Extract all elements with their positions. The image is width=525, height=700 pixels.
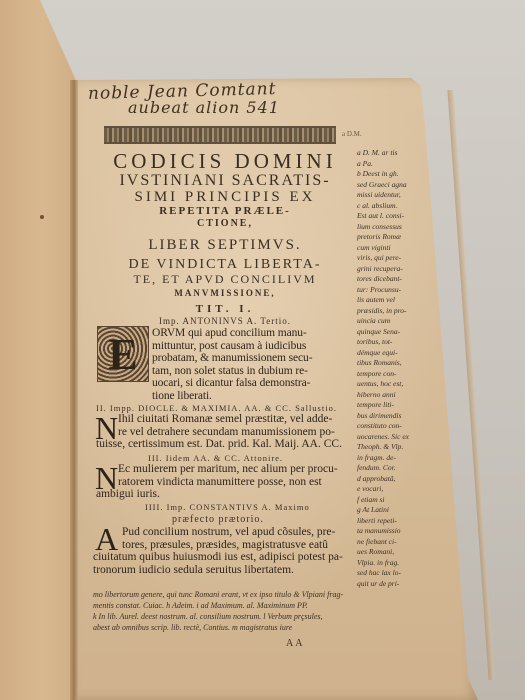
- margin-note: missi uidentur,: [357, 190, 419, 201]
- law-1-line: tione liberati.: [152, 390, 356, 403]
- paper-stain: [40, 215, 44, 219]
- section-heading: DE VINDICTA LIBERTA- TE, ET APVD CONCILI…: [98, 258, 352, 300]
- law-3-heading: III. Iidem AA. & CC. Attonire.: [148, 453, 283, 463]
- margin-note: tibus Romanis,: [357, 358, 419, 369]
- title-number: TIT. I.: [100, 303, 350, 315]
- title-line-1: CODICIS DOMINI: [100, 150, 350, 172]
- margin-note: Est aut l. consi-: [357, 211, 419, 222]
- title-line-4: REPETITA PRÆLE-: [100, 205, 350, 218]
- page-title: CODICIS DOMINI IVSTINIANI SACRATIS- SIMI…: [100, 150, 350, 230]
- law-4-initial: A: [95, 524, 118, 554]
- ornament-note: a D.M.: [342, 130, 362, 138]
- section-line-1: DE VINDICTA LIBERTA-: [98, 258, 352, 272]
- signature-mark: AA: [286, 638, 304, 649]
- margin-note: lis autem vel: [357, 295, 419, 306]
- section-line-2: TE, ET APVD CONCILIVM: [98, 272, 352, 286]
- law-4-heading: IIII. Imp. CONSTANTIVS A. Maximo: [145, 502, 310, 512]
- margin-note: constituto con-: [357, 421, 419, 432]
- footnotes: mo libertorum genere, qui tunc Romani er…: [93, 589, 413, 633]
- margin-note: lium consessus: [357, 222, 419, 233]
- margin-note: a D. M. ar tis: [357, 148, 419, 159]
- law-2-text: Ihil ciuitati Romanæ semel præstitæ, vel…: [118, 413, 358, 438]
- margin-note: ta manumissio: [357, 526, 419, 537]
- margin-note: viris, qui pere-: [357, 253, 419, 264]
- margin-note: Theoph. & Vlp.: [357, 442, 419, 453]
- margin-note: uincia cum: [357, 316, 419, 327]
- ornamental-headpiece-icon: [104, 126, 336, 144]
- left-page: [0, 0, 78, 700]
- law-2-line: Ihil ciuitati Romanæ semel præstitæ, vel…: [118, 413, 358, 426]
- margin-note: hiberno anni: [357, 390, 419, 401]
- margin-note: fendum. Cor.: [357, 463, 419, 474]
- margin-note: tempore con-: [357, 369, 419, 380]
- footnote-line: abest ab omnibus scrip. lib. rectè, Cont…: [93, 622, 413, 633]
- margin-note: grini recupera-: [357, 264, 419, 275]
- decorated-initial-icon: E: [97, 326, 149, 382]
- margin-note: in fragm. de-: [357, 453, 419, 464]
- margin-note: bus dirimendis: [357, 411, 419, 422]
- margin-note: d approbatâ,: [357, 474, 419, 485]
- law-3-line: Ec mulierem per maritum, nec alium per p…: [118, 463, 358, 476]
- margin-note: tores dicebant-: [357, 274, 419, 285]
- law-1-line: probatam, & manumissionem secu-: [152, 352, 356, 365]
- title-line-2: IVSTINIANI SACRATIS-: [100, 172, 350, 189]
- law-4-line: Pud concilium nostrum, vel apud cõsules,…: [122, 526, 358, 539]
- law-3-text-end: ambigui iuris.: [96, 488, 358, 501]
- law-2-line: re vel detrahere secundam manumissionem …: [118, 426, 358, 439]
- title-line-5: CTIONE,: [100, 218, 350, 230]
- law-4-line: ciuitatum quibus huiusmodi ius est, adip…: [93, 551, 359, 564]
- margin-note: a Pa.: [357, 159, 419, 170]
- margin-note: pretoris Romæ: [357, 232, 419, 243]
- book-heading: LIBER SEPTIMVS.: [100, 237, 350, 254]
- margin-note: démque equi-: [357, 348, 419, 359]
- law-1-text: ORVM qui apud concilium manu- mittuntur,…: [152, 327, 356, 402]
- margin-note: b Deest in gh.: [357, 169, 419, 180]
- law-3-line: ratorem vindicta manumittere posse, non …: [118, 476, 358, 489]
- margin-note: quit ur de pri-: [357, 579, 419, 590]
- margin-note: tur: Procunsu-: [357, 285, 419, 296]
- title-line-3: SIMI PRINCIPIS EX: [100, 189, 350, 205]
- footnote-line: mo libertorum genere, qui tunc Romani er…: [93, 589, 413, 600]
- law-1-line: tam, non solet status in dubium re-: [152, 365, 356, 378]
- law-1-line: uocari, si dicantur falsa demonstra-: [152, 377, 356, 390]
- law-4-line: tronorum iudicio sedula seruitus liberta…: [93, 564, 359, 577]
- law-4-text-end: ciuitatum quibus huiusmodi ius est, adip…: [93, 551, 359, 576]
- law-3-text: Ec mulierem per maritum, nec alium per p…: [118, 463, 358, 488]
- margin-note: c al. abslium.: [357, 201, 419, 212]
- law-4-subheading: præfecto prætorio.: [172, 514, 264, 525]
- margin-note: sed hac lax lo-: [357, 568, 419, 579]
- handwritten-inscription: noble Jean Comtant aubeat alion 541: [88, 82, 388, 116]
- margin-note: ne fiebant ci-: [357, 537, 419, 548]
- law-4-line: tores, præsules, præsides, magistratusve…: [122, 539, 358, 552]
- margin-note: cum viginti: [357, 243, 419, 254]
- margin-note: Vlpia. in frag.: [357, 558, 419, 569]
- margin-note: uocarenes. Sic ex: [357, 432, 419, 443]
- law-2-text-end: tuisse, certissimum est. Dat. prid. Kal.…: [96, 438, 358, 451]
- margin-note: quinque Sena-: [357, 327, 419, 338]
- margin-note: ues Romani,: [357, 547, 419, 558]
- footnote-line: k In lib. Aurel. deest nostrum. al. cons…: [93, 611, 413, 622]
- margin-note: toribus, tot-: [357, 337, 419, 348]
- margin-note: f etiam si: [357, 495, 419, 506]
- section-line-3: MANVMISSIONE,: [98, 286, 352, 300]
- law-2-heading: II. Impp. DIOCLE. & MAXIMIA. AA. & CC. S…: [96, 403, 337, 413]
- margin-note: liberti repeti-: [357, 516, 419, 527]
- margin-note: uentus, hoc est,: [357, 379, 419, 390]
- margin-note: tempore liti-: [357, 400, 419, 411]
- margin-note: præsidis, in pro-: [357, 306, 419, 317]
- margin-notes: a D. M. ar tis a Pa. b Deest in gh. sed …: [357, 148, 419, 589]
- law-1-heading: Imp. ANTONINVS A. Tertio.: [100, 316, 350, 326]
- law-1-line: ORVM qui apud concilium manu-: [152, 327, 356, 340]
- law-4-text: Pud concilium nostrum, vel apud cõsules,…: [122, 526, 358, 551]
- law-1-line: mittuntur, post causam à iudicibus: [152, 340, 356, 353]
- margin-note: g At Latini: [357, 505, 419, 516]
- margin-note: e vocari,: [357, 484, 419, 495]
- dropcap-letter: E: [108, 329, 137, 380]
- book-gutter: [70, 80, 78, 700]
- margin-note: sed Graeci agna: [357, 180, 419, 191]
- footnote-line: mentis constat. Cuiac. h Adeim. i ad Max…: [93, 600, 413, 611]
